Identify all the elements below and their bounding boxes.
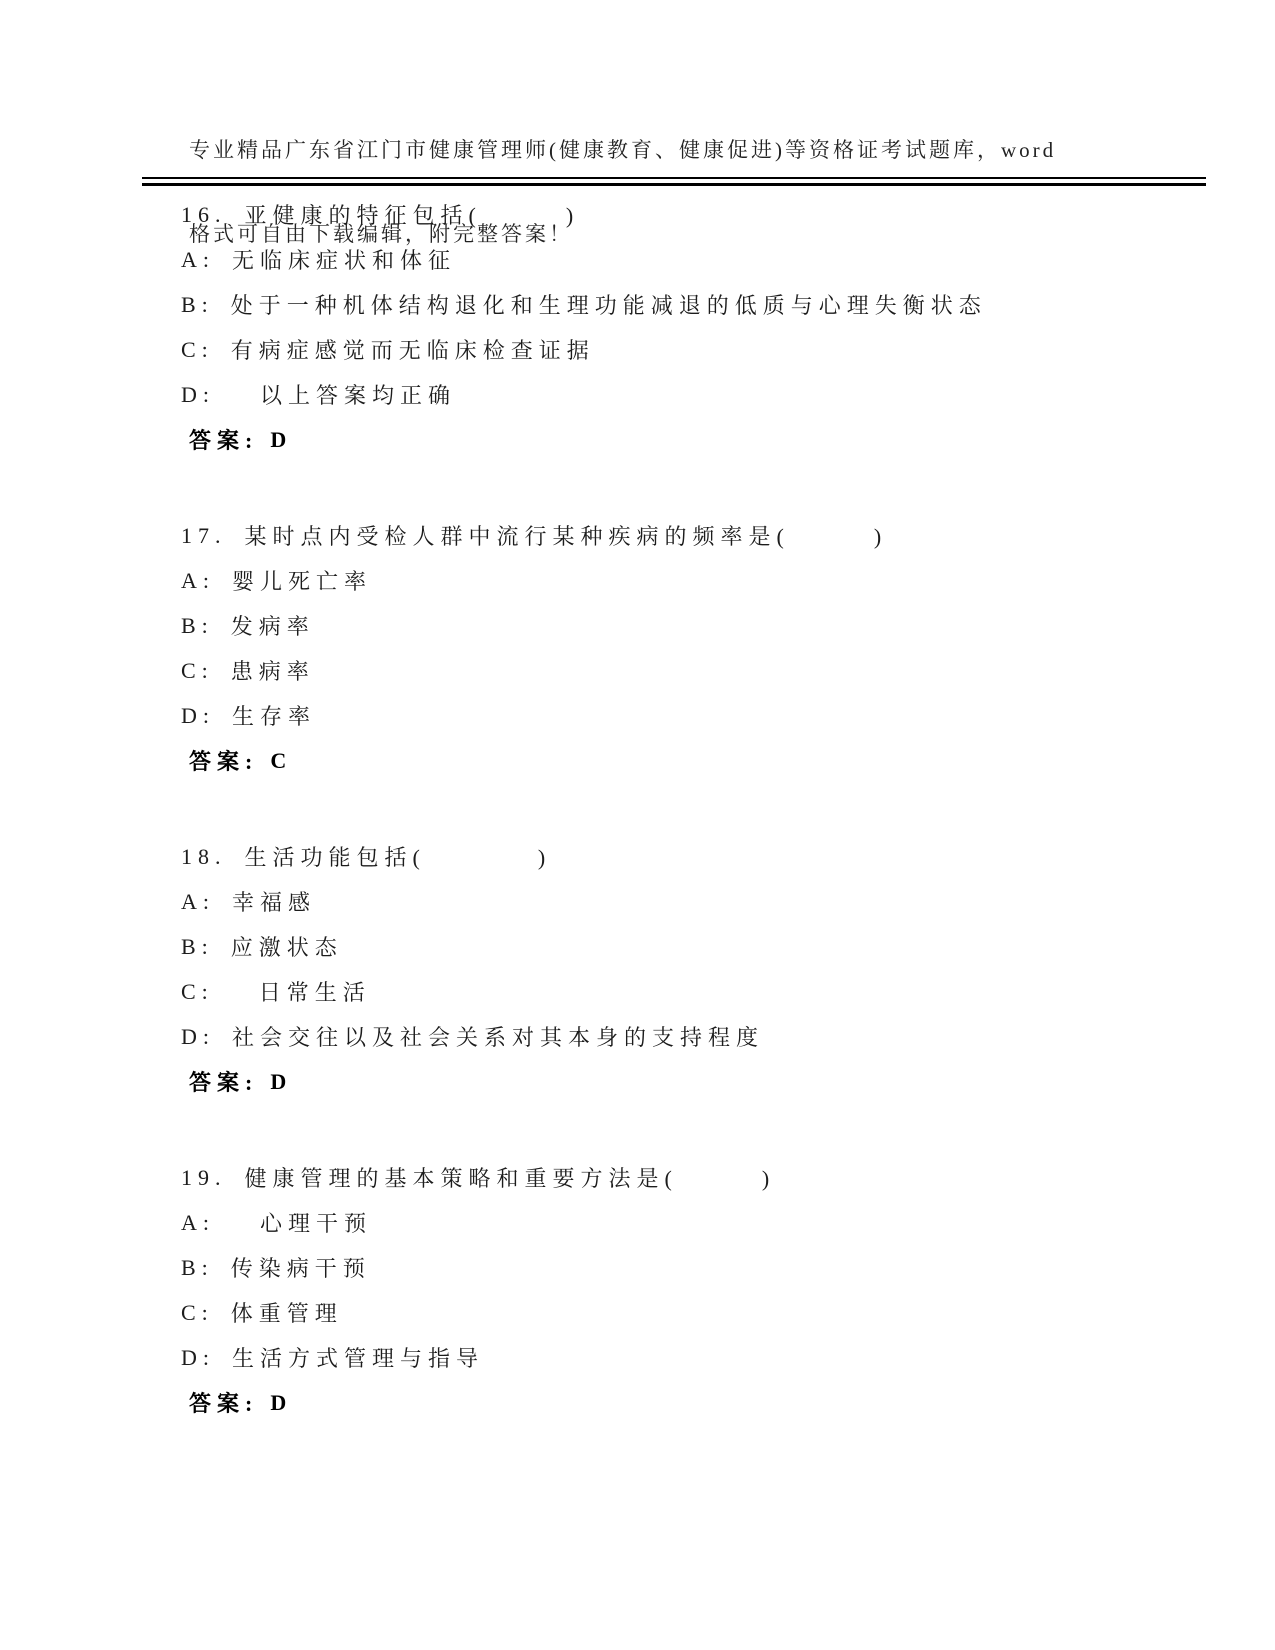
option-text: 处于一种机体结构退化和生理功能减退的低质与心理失衡状态 (231, 289, 987, 320)
option-text: 应激状态 (231, 931, 343, 962)
answer-line: 答案: D (189, 1380, 987, 1425)
question-title: 生活功能包括( ) (245, 841, 552, 872)
option-line-b: B: 处于一种机体结构退化和生理功能减退的低质与心理失衡状态 (181, 282, 987, 327)
option-label: C: (181, 658, 214, 684)
option-label: A: (181, 889, 215, 915)
option-text: 有病症感觉而无临床检查证据 (231, 334, 595, 365)
answer-value: D (270, 1069, 292, 1095)
document-page: 专业精品广东省江门市健康管理师(健康教育、健康促进)等资格证考试题库，word … (0, 0, 1275, 1650)
option-label: B: (181, 613, 214, 639)
option-text: 传染病干预 (231, 1252, 371, 1283)
question-title: 健康管理的基本策略和重要方法是( ) (245, 1162, 776, 1193)
option-text: 无临床症状和体征 (232, 244, 456, 275)
option-line-c: C: 患病率 (181, 648, 987, 693)
answer-value: D (270, 1390, 292, 1416)
option-text: 发病率 (231, 610, 315, 641)
option-label: C: (181, 1300, 214, 1326)
question-title: 某时点内受检人群中流行某种疾病的频率是( ) (245, 520, 888, 551)
question-block-18: 18. 生活功能包括( ) A: 幸福感 B: 应激状态 C: 日常生活 D: … (181, 834, 987, 1104)
question-block-19: 19. 健康管理的基本策略和重要方法是( ) A: 心理干预 B: 传染病干预 … (181, 1155, 987, 1425)
option-line-b: B: 应激状态 (181, 924, 987, 969)
option-line-a: A: 幸福感 (181, 879, 987, 924)
question-number: 16. (181, 202, 227, 228)
option-line-c: C: 有病症感觉而无临床检查证据 (181, 327, 987, 372)
option-text: 心理干预 (232, 1207, 372, 1238)
option-text: 体重管理 (231, 1297, 343, 1328)
option-line-d: D: 生活方式管理与指导 (181, 1335, 987, 1380)
option-text: 生活方式管理与指导 (232, 1342, 484, 1373)
question-line: 19. 健康管理的基本策略和重要方法是( ) (181, 1155, 987, 1200)
answer-label: 答案: (189, 745, 258, 776)
question-line: 16. 亚健康的特征包括( ) (181, 192, 987, 237)
option-line-b: B: 传染病干预 (181, 1245, 987, 1290)
option-line-a: A: 心理干预 (181, 1200, 987, 1245)
answer-line: 答案: D (189, 1059, 987, 1104)
option-label: D: (181, 382, 215, 408)
question-line: 17. 某时点内受检人群中流行某种疾病的频率是( ) (181, 513, 987, 558)
option-text: 患病率 (231, 655, 315, 686)
option-line-c: C: 体重管理 (181, 1290, 987, 1335)
option-label: A: (181, 568, 215, 594)
option-line-d: D: 以上答案均正确 (181, 372, 987, 417)
option-line-d: D: 生存率 (181, 693, 987, 738)
header-divider (142, 177, 1206, 186)
option-line-b: B: 发病率 (181, 603, 987, 648)
option-text: 以上答案均正确 (232, 379, 456, 410)
option-line-d: D: 社会交往以及社会关系对其本身的支持程度 (181, 1014, 987, 1059)
answer-value: D (270, 427, 292, 453)
question-list: 16. 亚健康的特征包括( ) A: 无临床症状和体征 B: 处于一种机体结构退… (181, 192, 987, 1425)
option-label: C: (181, 979, 214, 1005)
option-label: A: (181, 247, 215, 273)
answer-label: 答案: (189, 424, 258, 455)
question-number: 19. (181, 1165, 227, 1191)
option-text: 生存率 (232, 700, 316, 731)
answer-value: C (270, 748, 292, 774)
question-line: 18. 生活功能包括( ) (181, 834, 987, 879)
question-title: 亚健康的特征包括( ) (245, 199, 580, 230)
question-number: 17. (181, 523, 227, 549)
answer-line: 答案: C (189, 738, 987, 783)
header-line-1: 专业精品广东省江门市健康管理师(健康教育、健康促进)等资格证考试题库，word (189, 136, 1056, 164)
option-line-c: C: 日常生活 (181, 969, 987, 1014)
answer-line: 答案: D (189, 417, 987, 462)
option-label: D: (181, 1024, 215, 1050)
option-text: 婴儿死亡率 (232, 565, 372, 596)
question-block-17: 17. 某时点内受检人群中流行某种疾病的频率是( ) A: 婴儿死亡率 B: 发… (181, 513, 987, 783)
answer-label: 答案: (189, 1066, 258, 1097)
option-text: 幸福感 (232, 886, 316, 917)
option-label: B: (181, 934, 214, 960)
option-label: C: (181, 337, 214, 363)
option-label: A: (181, 1210, 215, 1236)
option-label: B: (181, 292, 214, 318)
option-label: D: (181, 703, 215, 729)
option-text: 日常生活 (231, 976, 371, 1007)
option-text: 社会交往以及社会关系对其本身的支持程度 (232, 1021, 764, 1052)
question-number: 18. (181, 844, 227, 870)
option-line-a: A: 无临床症状和体征 (181, 237, 987, 282)
option-label: D: (181, 1345, 215, 1371)
option-line-a: A: 婴儿死亡率 (181, 558, 987, 603)
answer-label: 答案: (189, 1387, 258, 1418)
option-label: B: (181, 1255, 214, 1281)
question-block-16: 16. 亚健康的特征包括( ) A: 无临床症状和体征 B: 处于一种机体结构退… (181, 192, 987, 462)
